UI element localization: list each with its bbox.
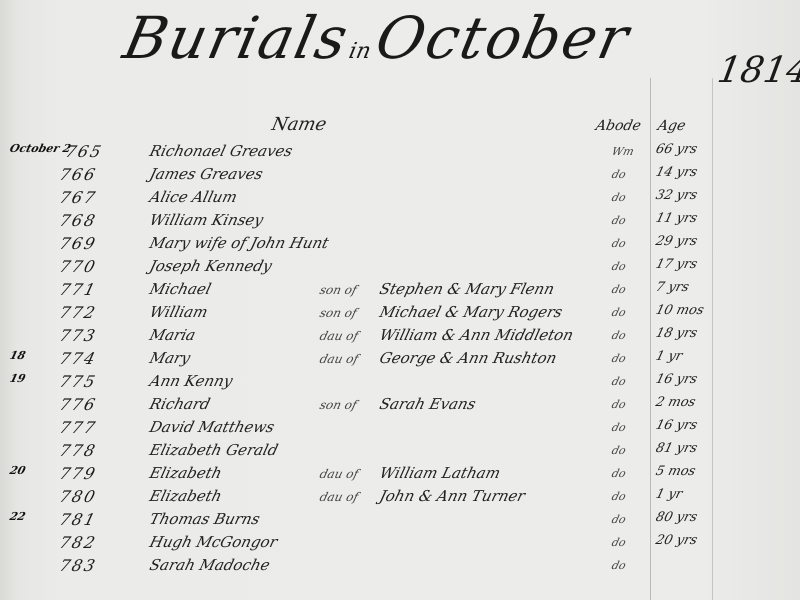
entry-abode: do xyxy=(610,490,627,503)
burial-entry-row: 772Williamson ofMichael & Mary Rogersdo1… xyxy=(0,301,800,324)
entry-date: 19 xyxy=(8,372,27,385)
entry-name: Hugh McGongor xyxy=(148,533,280,551)
burial-entry-row: 770Joseph Kennedydo17 yrs xyxy=(0,255,800,278)
entry-number: 768 xyxy=(58,211,99,230)
entry-relation: dau of xyxy=(318,490,360,504)
entry-parents: George & Ann Rushton xyxy=(378,349,559,367)
entry-number: 771 xyxy=(58,280,99,299)
entry-relation: son of xyxy=(318,398,358,412)
entry-parents: John & Ann Turner xyxy=(378,487,527,505)
entry-age: 20 yrs xyxy=(654,533,699,548)
entry-abode: do xyxy=(610,559,627,572)
entry-age: 2 mos xyxy=(654,395,697,410)
burial-entry-row: 771Michaelson ofStephen & Mary Flenndo7 … xyxy=(0,278,800,301)
entry-name: Ann Kenny xyxy=(148,372,235,390)
entry-relation: dau of xyxy=(318,467,360,481)
entry-name: Richonael Greaves xyxy=(148,142,295,160)
entry-parents: Stephen & Mary Flenn xyxy=(378,280,556,298)
entry-number: 767 xyxy=(58,188,99,207)
entry-name: Richard xyxy=(148,395,212,413)
entry-age: 18 yrs xyxy=(654,326,699,341)
page-title: BurialsinOctober xyxy=(118,4,636,72)
burial-entry-row: 19775Ann Kennydo16 yrs xyxy=(0,370,800,393)
entry-age: 29 yrs xyxy=(654,234,699,249)
entry-name: William Kinsey xyxy=(148,211,265,229)
entry-age: 16 yrs xyxy=(654,372,699,387)
entry-age: 1 yr xyxy=(654,487,684,502)
entry-number: 774 xyxy=(58,349,99,368)
entry-age: 10 mos xyxy=(654,303,705,318)
burial-entry-row: 22781Thomas Burnsdo80 yrs xyxy=(0,508,800,531)
burial-entry-row: 768William Kinseydo11 yrs xyxy=(0,209,800,232)
abode-column-header: Abode xyxy=(594,118,642,134)
register-page: BurialsinOctober 1814 Name Abode Age Oct… xyxy=(0,0,800,600)
entry-relation: son of xyxy=(318,306,358,320)
entry-age: 32 yrs xyxy=(654,188,699,203)
entry-age: 11 yrs xyxy=(654,211,699,226)
entry-name: Elizabeth xyxy=(148,487,224,505)
entry-name: Mary xyxy=(148,349,192,367)
entry-name: Thomas Burns xyxy=(148,510,262,528)
burial-entry-row: 20779Elizabethdau ofWilliam Lathamdo5 mo… xyxy=(0,462,800,485)
entry-date: 22 xyxy=(8,510,27,523)
entry-parents: Michael & Mary Rogers xyxy=(378,303,565,321)
entry-number: 773 xyxy=(58,326,99,345)
burial-entry-row: 773Mariadau ofWilliam & Ann Middletondo1… xyxy=(0,324,800,347)
entry-abode: do xyxy=(610,444,627,457)
burial-entry-row: October 2765Richonael GreavesWm66 yrs xyxy=(0,140,800,163)
entry-age: 17 yrs xyxy=(654,257,699,272)
entry-abode: do xyxy=(610,421,627,434)
entry-relation: dau of xyxy=(318,352,360,366)
entry-parents: William & Ann Middleton xyxy=(378,326,576,344)
entry-age: 5 mos xyxy=(654,464,697,479)
entry-abode: do xyxy=(610,191,627,204)
entry-relation: dau of xyxy=(318,329,360,343)
entry-abode: do xyxy=(610,214,627,227)
entry-number: 765 xyxy=(64,142,105,161)
entry-abode: do xyxy=(610,283,627,296)
entry-abode: Wm xyxy=(610,145,635,158)
burial-entry-row: 767Alice Allumdo32 yrs xyxy=(0,186,800,209)
entry-date: 18 xyxy=(8,349,27,362)
entry-abode: do xyxy=(610,260,627,273)
entry-age: 80 yrs xyxy=(654,510,699,525)
entry-abode: do xyxy=(610,513,627,526)
entry-name: Alice Allum xyxy=(148,188,239,206)
entry-number: 766 xyxy=(58,165,99,184)
entry-abode: do xyxy=(610,375,627,388)
entry-name: Sarah Madoche xyxy=(148,556,272,574)
entry-number: 770 xyxy=(58,257,99,276)
entry-abode: do xyxy=(610,329,627,342)
entry-abode: do xyxy=(610,237,627,250)
entry-parents: Sarah Evans xyxy=(378,395,478,413)
entry-number: 777 xyxy=(58,418,99,437)
entry-parents: William Latham xyxy=(378,464,503,482)
burial-entry-row: 18774Marydau ofGeorge & Ann Rushtondo1 y… xyxy=(0,347,800,370)
entry-age: 14 yrs xyxy=(654,165,699,180)
burial-entry-row: 783Sarah Madochedo xyxy=(0,554,800,577)
burial-entry-row: 780Elizabethdau ofJohn & Ann Turnerdo1 y… xyxy=(0,485,800,508)
burial-entry-row: 769Mary wife of John Huntdo29 yrs xyxy=(0,232,800,255)
entry-name: David Matthews xyxy=(148,418,277,436)
entry-age: 16 yrs xyxy=(654,418,699,433)
burial-entry-row: 766James Greavesdo14 yrs xyxy=(0,163,800,186)
entry-number: 775 xyxy=(58,372,99,391)
burial-entry-row: 776Richardson ofSarah Evansdo2 mos xyxy=(0,393,800,416)
age-column-header: Age xyxy=(656,118,687,134)
name-column-header: Name xyxy=(270,114,329,135)
year-label: 1814 xyxy=(714,50,800,91)
burial-entry-row: 782Hugh McGongordo20 yrs xyxy=(0,531,800,554)
entry-number: 779 xyxy=(58,464,99,483)
entry-abode: do xyxy=(610,306,627,319)
entry-date: 20 xyxy=(8,464,27,477)
entry-abode: do xyxy=(610,536,627,549)
entry-date: October 2 xyxy=(8,142,72,155)
entry-number: 769 xyxy=(58,234,99,253)
entry-abode: do xyxy=(610,467,627,480)
entry-number: 778 xyxy=(58,441,99,460)
entry-age: 81 yrs xyxy=(654,441,699,456)
entry-number: 783 xyxy=(58,556,99,575)
burial-entries: October 2765Richonael GreavesWm66 yrs766… xyxy=(0,140,800,577)
entry-name: Michael xyxy=(148,280,213,298)
entry-number: 780 xyxy=(58,487,99,506)
entry-name: Joseph Kennedy xyxy=(148,257,274,275)
entry-number: 781 xyxy=(58,510,99,529)
entry-relation: son of xyxy=(318,283,358,297)
entry-number: 772 xyxy=(58,303,99,322)
entry-name: Elizabeth xyxy=(148,464,224,482)
entry-age: 66 yrs xyxy=(654,142,699,157)
entry-name: William xyxy=(148,303,210,321)
entry-abode: do xyxy=(610,168,627,181)
entry-name: Elizabeth Gerald xyxy=(148,441,280,459)
entry-number: 782 xyxy=(58,533,99,552)
entry-name: Maria xyxy=(148,326,198,344)
entry-abode: do xyxy=(610,352,627,365)
entry-number: 776 xyxy=(58,395,99,414)
entry-name: Mary wife of John Hunt xyxy=(148,234,331,252)
entry-name: James Greaves xyxy=(148,165,265,183)
entry-age: 1 yr xyxy=(654,349,684,364)
entry-age: 7 yrs xyxy=(654,280,690,295)
burial-entry-row: 777David Matthewsdo16 yrs xyxy=(0,416,800,439)
burial-entry-row: 778Elizabeth Geralddo81 yrs xyxy=(0,439,800,462)
entry-abode: do xyxy=(610,398,627,411)
